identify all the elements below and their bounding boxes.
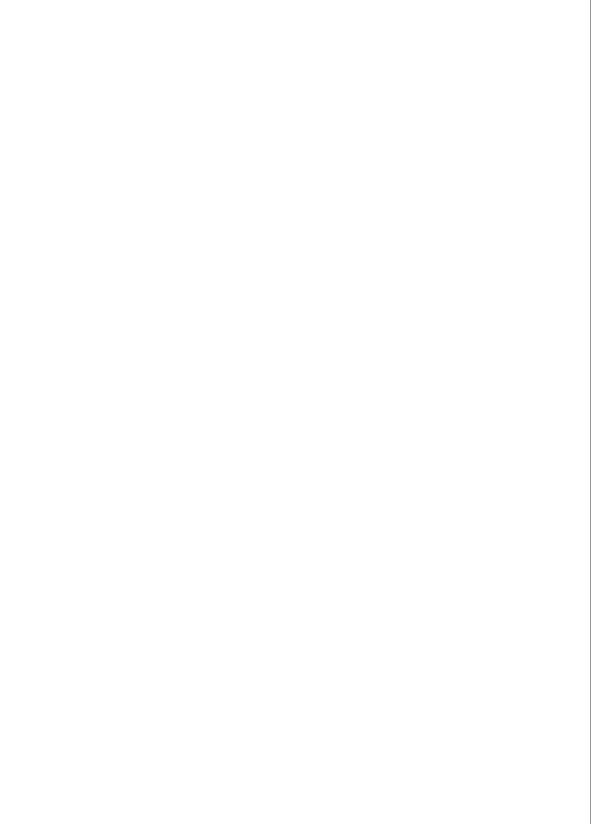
document-page bbox=[0, 0, 591, 824]
